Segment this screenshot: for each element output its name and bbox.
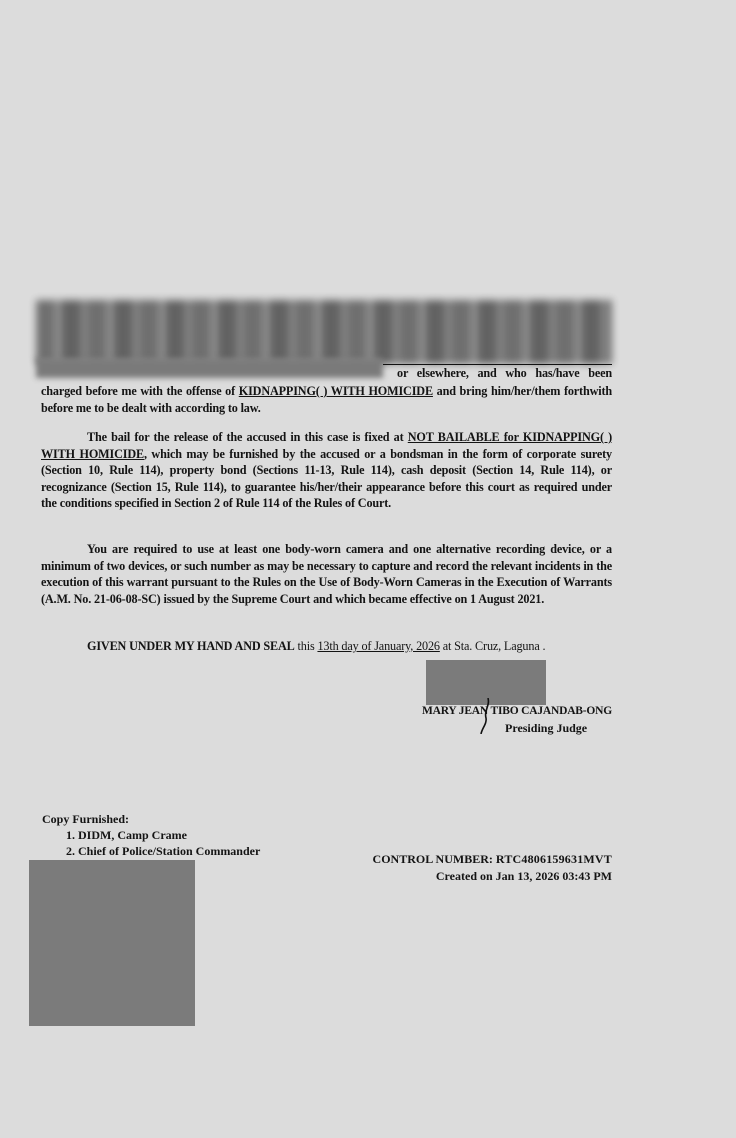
paragraph-2: The bail for the release of the accused … [41, 429, 612, 512]
copy-furnished-list: DIDM, Camp Crame Chief of Police/Station… [42, 827, 260, 859]
paragraph-1-line-tail: or elsewhere, and who has/have been [397, 366, 612, 381]
given-date: 13th day of January, 2026 [317, 639, 439, 653]
paragraph-1-pre-offense: charged before me with the offense of [41, 384, 239, 398]
control-number-line: CONTROL NUMBER: RTC4806159631MVT [373, 851, 612, 868]
redacted-blurred-address [36, 358, 383, 378]
control-block: CONTROL NUMBER: RTC4806159631MVT Created… [373, 851, 612, 885]
scanned-document-page: or elsewhere, and who has/have been char… [0, 0, 736, 1138]
given-under-hand-line: GIVEN UNDER MY HAND AND SEAL this 13th d… [87, 639, 612, 654]
copy-furnished-item: DIDM, Camp Crame [78, 827, 260, 843]
underline-rule [383, 364, 612, 365]
redacted-qr-box [29, 860, 195, 1026]
offense-text: KIDNAPPING( ) WITH HOMICIDE [239, 384, 433, 398]
paragraph-3: You are required to use at least one bod… [41, 541, 612, 607]
control-number-value: RTC4806159631MVT [496, 852, 612, 866]
given-prefix: GIVEN UNDER MY HAND AND SEAL [87, 639, 295, 653]
created-timestamp: Created on Jan 13, 2026 03:43 PM [373, 868, 612, 885]
redacted-blurred-header [36, 300, 612, 364]
given-mid: this [295, 639, 318, 653]
body-camera-paragraph: You are required to use at least one bod… [41, 541, 612, 607]
control-number-label: CONTROL NUMBER: [373, 852, 496, 866]
copy-furnished: Copy Furnished: DIDM, Camp Crame Chief o… [42, 811, 260, 859]
given-place: at Sta. Cruz, Laguna . [440, 639, 546, 653]
copy-furnished-heading: Copy Furnished: [42, 811, 260, 827]
paragraph-1: charged before me with the offense of KI… [41, 383, 612, 416]
judge-name: MARY JEAN TIBO CAJANDAB-ONG [400, 705, 612, 717]
judge-title: Presiding Judge [505, 721, 587, 736]
copy-furnished-item: Chief of Police/Station Commander [78, 843, 260, 859]
paragraph-2-pre-bail: The bail for the release of the accused … [87, 430, 408, 444]
